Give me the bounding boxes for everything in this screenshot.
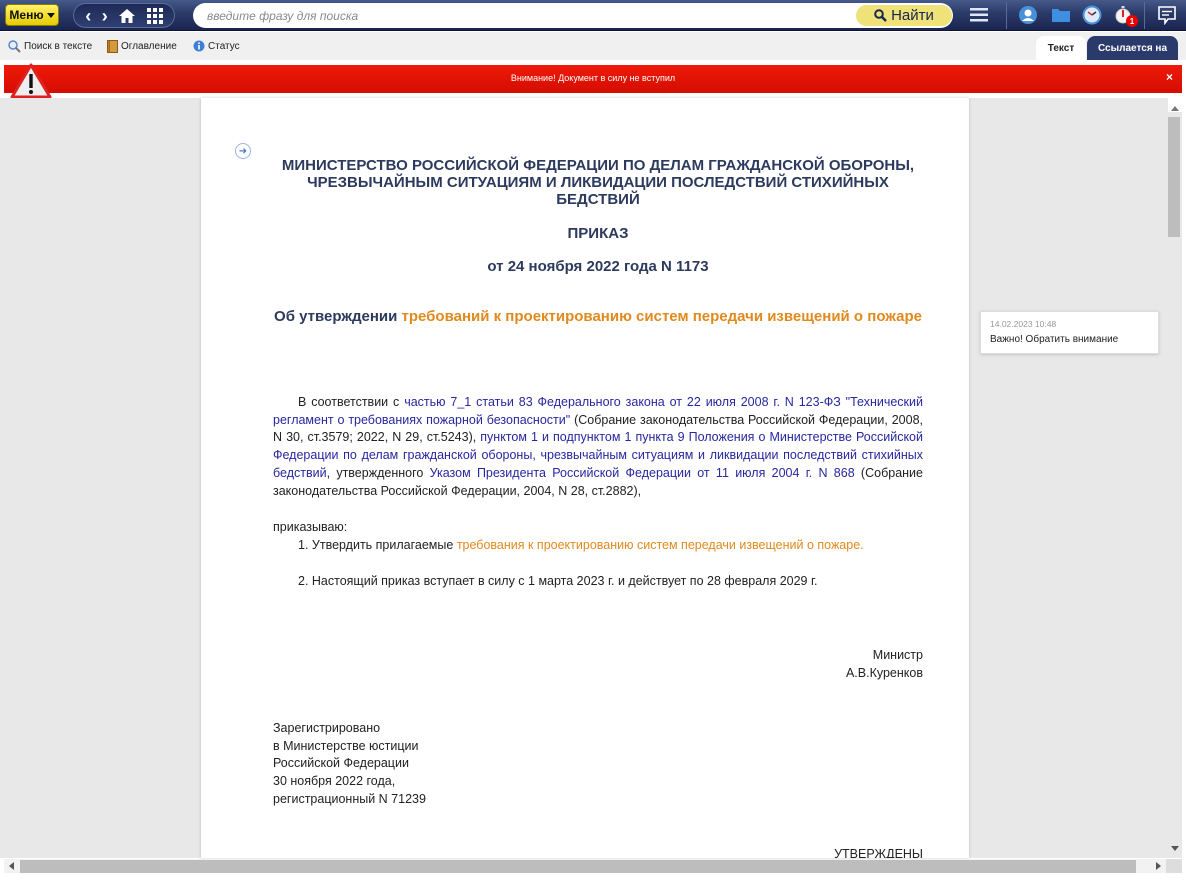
scroll-up-icon[interactable]	[1171, 106, 1179, 111]
registration-line: Зарегистрировано	[273, 720, 923, 738]
scroll-right-icon[interactable]	[1156, 862, 1161, 870]
comment-date: 14.02.2023 10:48	[990, 319, 1056, 329]
magnifier-icon	[8, 40, 21, 53]
top-bar: Меню ‹ › Найти 1	[0, 0, 1186, 31]
decree-link[interactable]: Указом Президента Российской Федерации о…	[430, 466, 855, 480]
comment-text: Важно! Обратить внимание	[990, 334, 1118, 345]
menu-label: Меню	[9, 8, 43, 22]
contents-label: Оглавление	[121, 41, 177, 52]
scrollbar-corner	[1166, 859, 1182, 873]
find-label: Найти	[891, 7, 934, 24]
status-button[interactable]: Статус	[193, 40, 240, 52]
signer-name: А.В.Куренков	[273, 665, 923, 683]
history-clock-icon[interactable]	[1080, 4, 1104, 26]
find-button[interactable]: Найти	[856, 5, 952, 26]
search-in-text-button[interactable]: Поиск в тексте	[8, 40, 92, 53]
order-item-1: 1. Утвердить прилагаемые требования к пр…	[273, 537, 923, 555]
registration-line: Российской Федерации	[273, 755, 923, 773]
approved-heading: УТВЕРЖДЕНЫ	[273, 846, 923, 858]
registration-line: 30 ноября 2022 года,	[273, 773, 923, 791]
caret-down-icon	[47, 13, 55, 18]
home-icon[interactable]	[118, 8, 136, 24]
order-word: приказываю:	[273, 519, 923, 537]
tab-references[interactable]: Ссылается на	[1087, 36, 1178, 60]
warning-text: Внимание! Документ в силу не вступил	[4, 73, 1182, 83]
apps-grid-icon[interactable]	[147, 8, 163, 24]
vertical-scroll-thumb[interactable]	[1168, 117, 1180, 237]
contents-button[interactable]: Оглавление	[107, 40, 177, 53]
preamble: В соответствии с частью 7_1 статьи 83 Фе…	[273, 394, 923, 500]
nav-controls: ‹ ›	[73, 3, 175, 28]
registration-line: в Министерстве юстиции	[273, 738, 923, 756]
folder-icon[interactable]	[1049, 4, 1073, 26]
arrow-right-circle-icon[interactable]: ➜	[235, 143, 251, 159]
book-icon	[107, 40, 118, 53]
search-input[interactable]	[207, 3, 847, 28]
doc-subject: Об утверждении требований к проектирован…	[273, 308, 923, 326]
user-profile-icon[interactable]	[1016, 4, 1040, 26]
doc-type: ПРИКАЗ	[273, 225, 923, 242]
scroll-down-icon[interactable]	[1171, 846, 1179, 851]
scroll-left-icon[interactable]	[9, 862, 14, 870]
close-icon[interactable]: ×	[1166, 70, 1173, 84]
divider	[1006, 2, 1007, 29]
notifications-stopwatch-icon[interactable]: 1	[1111, 4, 1135, 26]
menu-button[interactable]: Меню	[5, 4, 59, 26]
horizontal-scroll-thumb[interactable]	[20, 860, 1136, 873]
preamble-text: , утвержденного	[327, 466, 430, 480]
doc-date: от 24 ноября 2022 года N 1173	[273, 258, 923, 275]
notification-badge: 1	[1126, 15, 1138, 27]
comment-card[interactable]: 14.02.2023 10:48 Важно! Обратить внимани…	[980, 311, 1159, 354]
warning-triangle-icon	[10, 63, 52, 99]
hamburger-menu-icon[interactable]	[967, 4, 991, 26]
info-icon	[193, 40, 205, 52]
item1-text: 1. Утвердить прилагаемые	[298, 538, 457, 552]
search-icon	[874, 9, 887, 22]
divider	[1144, 2, 1145, 29]
ministry-title: МИНИСТЕРСТВО РОССИЙСКОЙ ФЕДЕРАЦИИ ПО ДЕЛ…	[273, 157, 923, 208]
preamble-text: В соответствии с	[298, 395, 404, 409]
document-toolbar	[0, 32, 1186, 60]
search-box: Найти	[193, 3, 953, 28]
order-item-2: 2. Настоящий приказ вступает в силу с 1 …	[273, 573, 923, 591]
back-icon[interactable]: ‹	[85, 7, 91, 25]
warning-banner: Внимание! Документ в силу не вступил ×	[4, 65, 1182, 93]
requirements-link[interactable]: требования к проектированию систем перед…	[457, 538, 864, 552]
tab-text[interactable]: Текст	[1036, 36, 1086, 60]
signer-title: Министр	[273, 647, 923, 665]
forward-icon[interactable]: ›	[102, 7, 108, 25]
status-label: Статус	[208, 41, 240, 52]
chat-message-icon[interactable]	[1155, 4, 1179, 26]
document-page: ➜ МИНИСТЕРСТВО РОССИЙСКОЙ ФЕДЕРАЦИИ ПО Д…	[201, 98, 969, 858]
registration-line: регистрационный N 71239	[273, 791, 923, 809]
subject-prefix: Об утверждении	[274, 308, 401, 325]
search-in-text-label: Поиск в тексте	[24, 41, 92, 52]
subject-link[interactable]: требований к проектированию систем перед…	[402, 308, 922, 325]
